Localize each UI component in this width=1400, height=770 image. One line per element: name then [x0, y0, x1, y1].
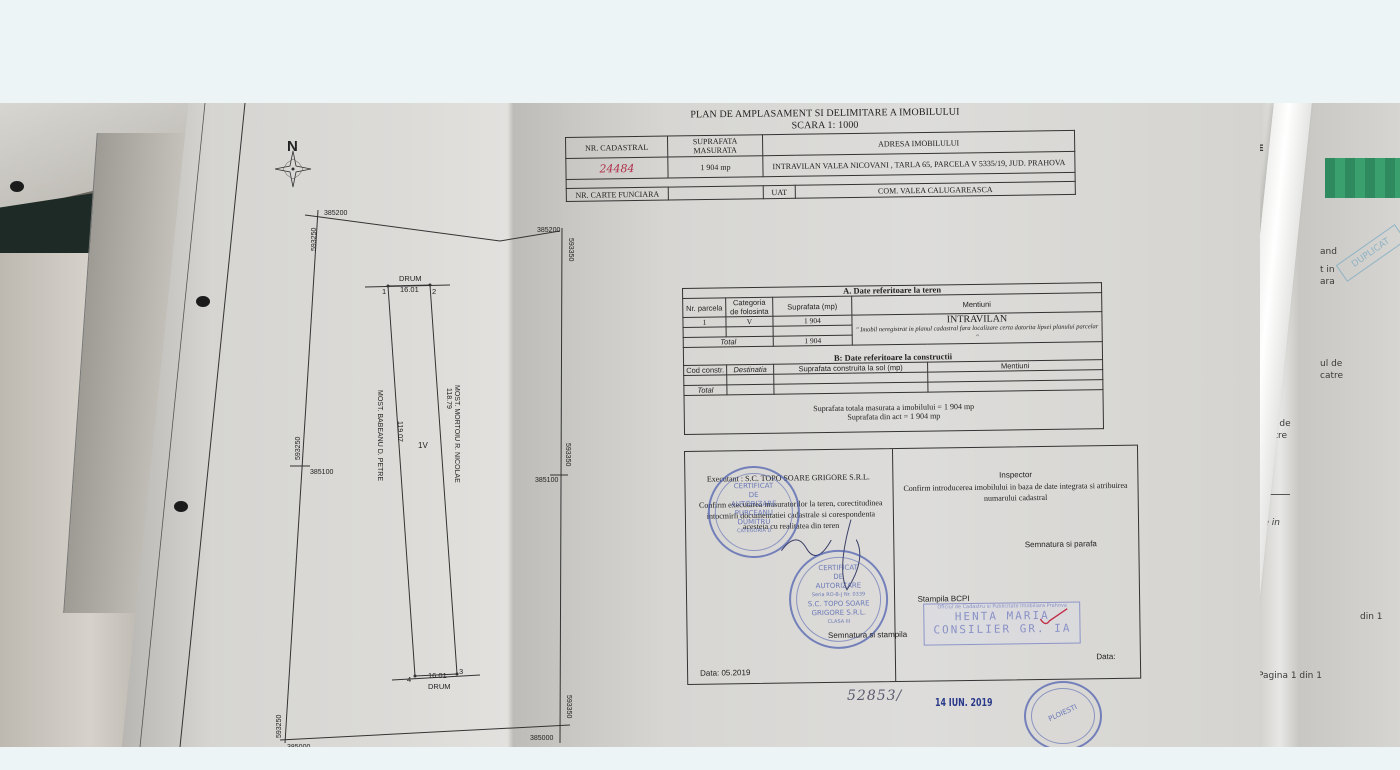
svg-text:593250: 593250 — [311, 228, 318, 251]
svg-text:MOST. MORTOIU R. NICOLAE: MOST. MORTOIU R. NICOLAE — [453, 385, 460, 483]
svg-text:385100: 385100 — [535, 477, 558, 484]
svg-text:385000: 385000 — [530, 735, 553, 742]
svg-text:118.79: 118.79 — [445, 388, 452, 409]
suprafata-value: 1 904 mp — [668, 156, 763, 178]
svg-text:385000: 385000 — [287, 744, 310, 747]
executant-section: Executant : S.C. TOPO SOARE GRIGORE S.R.… — [685, 449, 897, 684]
col-suprafata: Suprafata (mp) — [773, 296, 852, 316]
inspector-signature-label: Semnatura si parafa — [1025, 538, 1097, 550]
svg-text:385200: 385200 — [537, 227, 560, 234]
office-seal-stamp: PLOIESTI — [1024, 681, 1102, 747]
svg-text:593350: 593350 — [567, 238, 574, 261]
col-destinatia: Destinatia — [727, 364, 774, 375]
svg-text:MOST. BABEANU D. PETRE: MOST. BABEANU D. PETRE — [376, 390, 383, 481]
north-arrow-icon — [275, 151, 311, 187]
uat-label: UAT — [763, 185, 795, 198]
nr-cadastral-value: 24484 — [599, 162, 634, 175]
registration-date-stamp: 14 IUN. 2019 — [935, 696, 993, 709]
svg-text:1: 1 — [382, 287, 386, 296]
document-title: PLAN DE AMPLASAMENT SI DELIMITARE A IMOB… — [600, 106, 1050, 135]
svg-text:DRUM: DRUM — [399, 274, 422, 283]
col-categorie: Categoria de folosinta — [726, 297, 773, 317]
svg-text:1V: 1V — [418, 441, 428, 450]
nr-cadastral-label: NR. CADASTRAL — [566, 136, 668, 158]
inspector-checkmark — [1038, 605, 1078, 631]
svg-text:2: 2 — [432, 287, 436, 296]
svg-text:593250: 593250 — [276, 715, 283, 738]
svg-text:593250: 593250 — [295, 437, 302, 460]
total-label-b: Total — [684, 385, 727, 396]
inspector-date-label: Data: — [1096, 651, 1115, 662]
document-photo: DUPLICAT MIHAELA VASILE Victoriei, Nr. 3… — [0, 103, 1400, 747]
svg-text:385200: 385200 — [324, 210, 347, 217]
svg-text:3: 3 — [459, 667, 463, 676]
inspector-section: Inspector Confirm introducerea imobilulu… — [893, 446, 1140, 681]
signature-footer: Executant : S.C. TOPO SOARE GRIGORE S.R.… — [684, 445, 1141, 685]
svg-text:119.07: 119.07 — [396, 421, 403, 442]
svg-text:N: N — [287, 138, 298, 155]
svg-text:16.01: 16.01 — [400, 285, 419, 294]
land-data-table: A. Date referitoare la teren Nr. parcela… — [682, 282, 1104, 435]
executant-date: Data: 05.2019 — [700, 667, 750, 679]
svg-text:16.01: 16.01 — [428, 671, 447, 680]
svg-text:593350: 593350 — [564, 443, 571, 466]
svg-text:593350: 593350 — [565, 695, 572, 718]
svg-text:4: 4 — [407, 675, 411, 684]
registration-number: 52853/ — [847, 688, 902, 704]
carte-funciara-value — [668, 186, 763, 200]
col-nr-parcela: Nr. parcela — [683, 298, 726, 318]
svg-text:DRUM: DRUM — [428, 682, 451, 691]
mentiuni-note: " Imobil neregistrat in planul cadastral… — [855, 322, 1100, 343]
svg-text:385100: 385100 — [310, 469, 333, 476]
suprafata-label: SUPRAFATA MASURATA — [667, 135, 762, 157]
carte-funciara-label: NR. CARTE FUNCIARA — [566, 187, 668, 201]
inspector-confirm: Confirm introducerea imobilului in baza … — [898, 480, 1133, 505]
cadastral-header-table: NR. CADASTRAL SUPRAFATA MASURATA ADRESA … — [565, 130, 1076, 202]
col-cod-constr: Cod constr. — [684, 365, 727, 376]
